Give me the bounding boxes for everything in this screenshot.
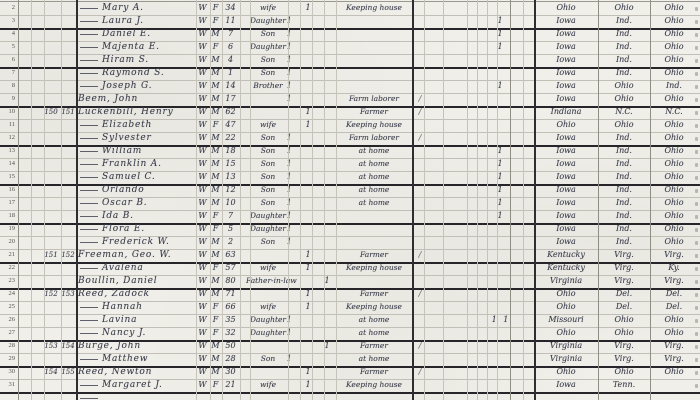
family-number: 153	[60, 288, 76, 300]
line-number: 14	[2, 158, 15, 170]
age-value: 13	[222, 171, 239, 183]
census-row: 28 153 154 Burge, John W M 50 1 Farmer ∕…	[0, 340, 700, 354]
color-value: W	[196, 327, 209, 339]
color-value: W	[196, 93, 209, 105]
marital-status-tick: 1	[284, 54, 294, 66]
sex-value: M	[210, 54, 221, 66]
color-value: W	[196, 15, 209, 27]
father-birthplace-value: Virg.	[598, 262, 650, 274]
census-row: 30 154 155 Reed, Newton W M 30 1 Farmer …	[0, 366, 700, 380]
color-value: W	[196, 67, 209, 79]
line-number: 5	[2, 41, 15, 53]
sex-value: F	[210, 301, 221, 313]
marital-status-tick: 1	[284, 67, 294, 79]
line-number: 29	[2, 353, 15, 365]
age-value: 2	[222, 236, 239, 248]
line-number: 30	[2, 366, 15, 378]
sex-value: F	[210, 314, 221, 326]
ditto-dash	[80, 229, 98, 230]
census-row: 4 Daniel E. W M 7 Son 1 1 Iowa Ind. Ohio	[0, 28, 700, 42]
sex-value: M	[210, 184, 221, 196]
father-birthplace-value: Del.	[598, 301, 650, 313]
ditto-dash	[80, 190, 98, 191]
father-birthplace-value: Ind.	[598, 223, 650, 235]
color-value: W	[196, 288, 209, 300]
person-name: Boullin, Daniel	[78, 275, 208, 287]
scan-artifact	[695, 306, 698, 310]
census-row: 16 Orlando W M 12 Son 1 at home 1 Iowa I…	[0, 184, 700, 198]
mother-birthplace-value: Ky.	[650, 262, 698, 274]
age-value: 11	[222, 15, 239, 27]
birthplace-value: Ohio	[534, 119, 598, 131]
census-row: 13 William W M 18 Son 1 at home 1 Iowa I…	[0, 145, 700, 159]
mother-birthplace-value: Ohio	[650, 145, 698, 157]
occupation-value: Keeping house	[336, 262, 412, 274]
column-rule	[61, 0, 62, 400]
mother-birthplace-value: N.C.	[650, 106, 698, 118]
scan-artifact	[695, 267, 698, 271]
census-row: 26 Lavina W F 35 Daughter 1 at home 1 1 …	[0, 314, 700, 328]
sex-value: F	[210, 2, 221, 14]
age-value: 1	[222, 67, 239, 79]
ditto-dash	[80, 151, 98, 152]
age-value: 35	[222, 314, 239, 326]
mother-birthplace-value: Ohio	[650, 236, 698, 248]
column-rule	[288, 0, 289, 400]
scan-artifact	[695, 85, 698, 89]
sex-value: M	[210, 249, 221, 261]
mother-birthplace-value: Ohio	[650, 54, 698, 66]
marital-status-tick: 1	[284, 171, 294, 183]
relationship-value: wife	[246, 119, 290, 131]
color-value: W	[196, 171, 209, 183]
mother-birthplace-value: Virg.	[650, 275, 698, 287]
birthplace-value: Iowa	[534, 197, 598, 209]
census-row: 22 Avalena W F 57 wife 1 Keeping house K…	[0, 262, 700, 276]
line-number: 21	[2, 249, 15, 261]
color-value: W	[196, 132, 209, 144]
column-rule	[523, 0, 524, 400]
scan-artifact	[695, 20, 698, 24]
sex-value: F	[210, 379, 221, 391]
ditto-dash	[80, 203, 98, 204]
occupation-value: Keeping house	[336, 379, 412, 391]
line-number: 8	[2, 80, 15, 92]
age-value: 6	[222, 41, 239, 53]
column-rule	[477, 0, 478, 400]
ditto-dash	[80, 385, 98, 386]
occupation-value: Farmer	[336, 288, 412, 300]
census-row: 11 Elizabeth W F 47 wife 1 Keeping house…	[0, 119, 700, 133]
marital-status-tick: 1	[284, 145, 294, 157]
column-rule	[650, 0, 651, 400]
father-birthplace-value: Virg.	[598, 353, 650, 365]
father-birthplace-value: Ind.	[598, 145, 650, 157]
family-number: 155	[60, 366, 76, 378]
column-rule	[497, 0, 498, 400]
sex-value: F	[210, 223, 221, 235]
scan-artifact	[695, 384, 698, 388]
color-value: W	[196, 366, 209, 378]
scan-artifact	[695, 111, 698, 115]
ditto-dash	[80, 125, 98, 126]
father-birthplace-value: Del.	[598, 288, 650, 300]
marital-status-tick: 1	[284, 236, 294, 248]
line-number: 15	[2, 171, 15, 183]
occupation-value: at home	[336, 197, 412, 209]
age-value: 4	[222, 54, 239, 66]
color-value: W	[196, 145, 209, 157]
mother-birthplace-value: Ohio	[650, 28, 698, 40]
age-value: 22	[222, 132, 239, 144]
person-name: Burge, John	[78, 340, 208, 352]
census-row: 8 Joseph G. W M 14 Brother 1 1 Iowa Ohio…	[0, 80, 700, 94]
age-value: 32	[222, 327, 239, 339]
birthplace-value: Missouri	[534, 314, 598, 326]
line-number: 20	[2, 236, 15, 248]
age-value: 47	[222, 119, 239, 131]
mother-birthplace-value: Del.	[650, 301, 698, 313]
line-number: 24	[2, 288, 15, 300]
father-birthplace-value: Virg.	[598, 340, 650, 352]
age-value: 28	[222, 353, 239, 365]
age-value: 5	[222, 223, 239, 235]
ditto-dash	[80, 216, 98, 217]
occupation-value: at home	[336, 327, 412, 339]
mother-birthplace-value: Ohio	[650, 119, 698, 131]
age-value: 14	[222, 80, 239, 92]
age-value: 80	[222, 275, 239, 287]
scan-artifact	[695, 202, 698, 206]
line-number: 25	[2, 301, 15, 313]
ditto-dash	[80, 21, 98, 22]
color-value: W	[196, 223, 209, 235]
relationship-value: Father-in-law	[246, 275, 290, 287]
color-value: W	[196, 158, 209, 170]
ditto-dash	[80, 73, 98, 74]
mother-birthplace-value: Ind.	[650, 80, 698, 92]
column-rule	[44, 0, 45, 400]
father-birthplace-value: Ind.	[598, 236, 650, 248]
column-rule	[510, 0, 511, 400]
column-rule	[300, 0, 301, 400]
sex-value: M	[210, 340, 221, 352]
line-number: 22	[2, 262, 15, 274]
column-rule	[18, 0, 19, 400]
age-value: 50	[222, 340, 239, 352]
father-birthplace-value: Ind.	[598, 67, 650, 79]
ditto-dash	[80, 8, 98, 9]
occupation-value: Keeping house	[336, 2, 412, 14]
sex-value: F	[210, 41, 221, 53]
column-rule	[336, 0, 337, 400]
mother-birthplace-value: Virg.	[650, 353, 698, 365]
sex-value: F	[210, 327, 221, 339]
scan-artifact	[695, 46, 698, 50]
census-row: 17 Oscar B. W M 10 Son 1 at home 1 Iowa …	[0, 197, 700, 211]
line-number: 23	[2, 275, 15, 287]
mother-birthplace-value: Ohio	[650, 314, 698, 326]
sex-value: M	[210, 275, 221, 287]
scan-artifact	[695, 7, 698, 11]
birthplace-value: Ohio	[534, 366, 598, 378]
sex-value: F	[210, 210, 221, 222]
census-row: 14 Franklin A. W M 15 Son 1 at home 1 Io…	[0, 158, 700, 172]
scan-artifact	[695, 371, 698, 375]
census-row: 2 Mary A. W F 34 wife 1 Keeping house Oh…	[0, 2, 700, 16]
marital-status-tick: 1	[284, 80, 294, 92]
color-value: W	[196, 210, 209, 222]
ditto-dash	[80, 60, 98, 61]
occupation-value: Keeping house	[336, 119, 412, 131]
line-number: 2	[2, 2, 15, 14]
father-birthplace-value: Tenn.	[598, 379, 650, 391]
father-birthplace-value: Ohio	[598, 80, 650, 92]
age-value: 10	[222, 197, 239, 209]
line-number: 4	[2, 28, 15, 40]
marital-status-tick: 1	[284, 184, 294, 196]
column-rule	[250, 0, 251, 400]
father-birthplace-value: Ohio	[598, 314, 650, 326]
marital-status-tick: 1	[284, 158, 294, 170]
census-row: 19 Flora E. W F 5 Daughter 1 Iowa Ind. O…	[0, 223, 700, 237]
birthplace-value: Iowa	[534, 41, 598, 53]
father-birthplace-value: Ind.	[598, 28, 650, 40]
line-number: 13	[2, 145, 15, 157]
marital-status-tick: 1	[284, 327, 294, 339]
ditto-dash	[80, 242, 98, 243]
father-birthplace-value: Virg.	[598, 275, 650, 287]
census-ledger-scan: 2 Mary A. W F 34 wife 1 Keeping house Oh…	[0, 0, 700, 400]
mother-birthplace-value: Ohio	[650, 210, 698, 222]
mother-birthplace-value: Del.	[650, 288, 698, 300]
scan-artifact	[695, 280, 698, 284]
occupation-value: at home	[336, 184, 412, 196]
ditto-dash	[80, 177, 98, 178]
birthplace-value: Kentucky	[534, 249, 598, 261]
column-rule	[240, 0, 241, 400]
occupation-value: Farmer	[336, 366, 412, 378]
line-number: 6	[2, 54, 15, 66]
census-row: 20 Frederick W. W M 2 Son 1 Iowa Ind. Oh…	[0, 236, 700, 250]
ditto-dash	[80, 398, 98, 399]
line-number: 31	[2, 379, 15, 391]
family-number: 151	[60, 106, 76, 118]
column-rule	[196, 0, 197, 400]
column-rule	[487, 0, 488, 400]
census-row	[0, 392, 700, 400]
color-value: W	[196, 353, 209, 365]
age-value: 17	[222, 93, 239, 105]
father-birthplace-value: Ohio	[598, 93, 650, 105]
ditto-dash	[80, 268, 98, 269]
birthplace-value: Iowa	[534, 15, 598, 27]
sex-value: M	[210, 132, 221, 144]
mother-birthplace-value: Ohio	[650, 171, 698, 183]
mother-birthplace-value: Virg.	[650, 340, 698, 352]
ditto-dash	[80, 164, 98, 165]
scan-artifact	[695, 345, 698, 349]
column-rule	[222, 0, 223, 400]
sex-value: M	[210, 366, 221, 378]
line-number: 12	[2, 132, 15, 144]
scan-artifact	[695, 163, 698, 167]
birthplace-value: Ohio	[534, 2, 598, 14]
relationship-value: wife	[246, 301, 290, 313]
person-name: Beem, John	[78, 93, 208, 105]
line-number: 27	[2, 327, 15, 339]
column-rule	[412, 0, 414, 400]
mother-birthplace-value: Virg.	[650, 249, 698, 261]
ditto-dash	[80, 307, 98, 308]
family-number: 154	[60, 340, 76, 352]
column-rule	[467, 0, 468, 400]
scan-artifact	[695, 254, 698, 258]
color-value: W	[196, 80, 209, 92]
relationship-value: wife	[246, 262, 290, 274]
line-number: 26	[2, 314, 15, 326]
column-rule	[76, 0, 78, 400]
birthplace-value: Iowa	[534, 54, 598, 66]
color-value: W	[196, 2, 209, 14]
mother-birthplace-value: Ohio	[650, 15, 698, 27]
column-rule	[598, 0, 599, 400]
mother-birthplace-value: Ohio	[650, 41, 698, 53]
scan-artifact	[695, 241, 698, 245]
age-value: 34	[222, 2, 239, 14]
mother-birthplace-value: Ohio	[650, 197, 698, 209]
birthplace-value: Ohio	[534, 288, 598, 300]
ditto-dash	[80, 333, 98, 334]
scan-artifact	[695, 228, 698, 232]
age-value: 30	[222, 366, 239, 378]
color-value: W	[196, 197, 209, 209]
scan-artifact	[695, 59, 698, 63]
scan-artifact	[695, 215, 698, 219]
sex-value: M	[210, 80, 221, 92]
color-value: W	[196, 379, 209, 391]
color-value: W	[196, 54, 209, 66]
scan-artifact	[695, 98, 698, 102]
scan-artifact	[695, 319, 698, 323]
father-birthplace-value: N.C.	[598, 106, 650, 118]
marital-status-tick: 1	[284, 41, 294, 53]
birthplace-value: Ohio	[534, 301, 598, 313]
birthplace-value: Virginia	[534, 353, 598, 365]
scan-artifact	[695, 189, 698, 193]
column-rule	[31, 0, 32, 400]
marital-status-tick: 1	[284, 132, 294, 144]
birthplace-value: Indiana	[534, 106, 598, 118]
mother-birthplace-value: Ohio	[650, 93, 698, 105]
birthplace-value: Iowa	[534, 171, 598, 183]
mother-birthplace-value: Ohio	[650, 2, 698, 14]
father-birthplace-value: Ohio	[598, 366, 650, 378]
age-value: 15	[222, 158, 239, 170]
birthplace-value: Iowa	[534, 93, 598, 105]
birthplace-value: Iowa	[534, 145, 598, 157]
sex-value: M	[210, 197, 221, 209]
occupation-value: Farmer	[336, 340, 412, 352]
birthplace-value: Iowa	[534, 210, 598, 222]
age-value: 57	[222, 262, 239, 274]
line-number: 7	[2, 67, 15, 79]
scan-artifact	[695, 150, 698, 154]
color-value: W	[196, 41, 209, 53]
ditto-dash	[80, 359, 98, 360]
father-birthplace-value: Ohio	[598, 119, 650, 131]
occupation-value: Keeping house	[336, 301, 412, 313]
father-birthplace-value: Ind.	[598, 54, 650, 66]
sex-value: M	[210, 145, 221, 157]
color-value: W	[196, 236, 209, 248]
sex-value: M	[210, 236, 221, 248]
occupation-value: at home	[336, 171, 412, 183]
sex-value: M	[210, 171, 221, 183]
sex-value: M	[210, 28, 221, 40]
age-value: 71	[222, 288, 239, 300]
father-birthplace-value: Ind.	[598, 15, 650, 27]
mother-birthplace-value: Ohio	[650, 366, 698, 378]
birthplace-value: Virginia	[534, 340, 598, 352]
birthplace-value: Iowa	[534, 67, 598, 79]
ditto-dash	[80, 34, 98, 35]
color-value: W	[196, 106, 209, 118]
scan-artifact	[695, 176, 698, 180]
marital-status-tick: 1	[284, 314, 294, 326]
column-rule	[424, 0, 425, 400]
color-value: W	[196, 301, 209, 313]
sex-value: M	[210, 288, 221, 300]
occupation-value: Farm laborer	[336, 132, 412, 144]
occupation-value: at home	[336, 158, 412, 170]
scan-artifact	[695, 332, 698, 336]
father-birthplace-value: Ohio	[598, 2, 650, 14]
father-birthplace-value: Virg.	[598, 249, 650, 261]
ditto-dash	[80, 138, 98, 139]
ditto-dash	[80, 86, 98, 87]
birthplace-value: Virginia	[534, 275, 598, 287]
column-rule	[210, 0, 211, 400]
birthplace-value: Iowa	[534, 132, 598, 144]
father-birthplace-value: Ind.	[598, 41, 650, 53]
marital-status-tick: 1	[284, 28, 294, 40]
line-number: 3	[2, 15, 15, 27]
marital-status-tick: 1	[284, 15, 294, 27]
birthplace-value: Iowa	[534, 28, 598, 40]
line-number: 28	[2, 340, 15, 352]
scan-artifact	[695, 358, 698, 362]
scan-artifact	[695, 72, 698, 76]
father-birthplace-value: Ohio	[598, 327, 650, 339]
line-number: 18	[2, 210, 15, 222]
scan-artifact	[695, 137, 698, 141]
color-value: W	[196, 249, 209, 261]
column-rule	[312, 0, 313, 400]
age-value: 63	[222, 249, 239, 261]
relationship-value: wife	[246, 379, 290, 391]
occupation-value: at home	[336, 145, 412, 157]
father-birthplace-value: Ind.	[598, 184, 650, 196]
census-row: 10 150 151 Luckenbill, Henry W M 62 1 Fa…	[0, 106, 700, 120]
line-number: 19	[2, 223, 15, 235]
color-value: W	[196, 28, 209, 40]
age-value: 62	[222, 106, 239, 118]
age-value: 12	[222, 184, 239, 196]
line-number: 9	[2, 93, 15, 105]
line-number: 10	[2, 106, 15, 118]
color-value: W	[196, 262, 209, 274]
